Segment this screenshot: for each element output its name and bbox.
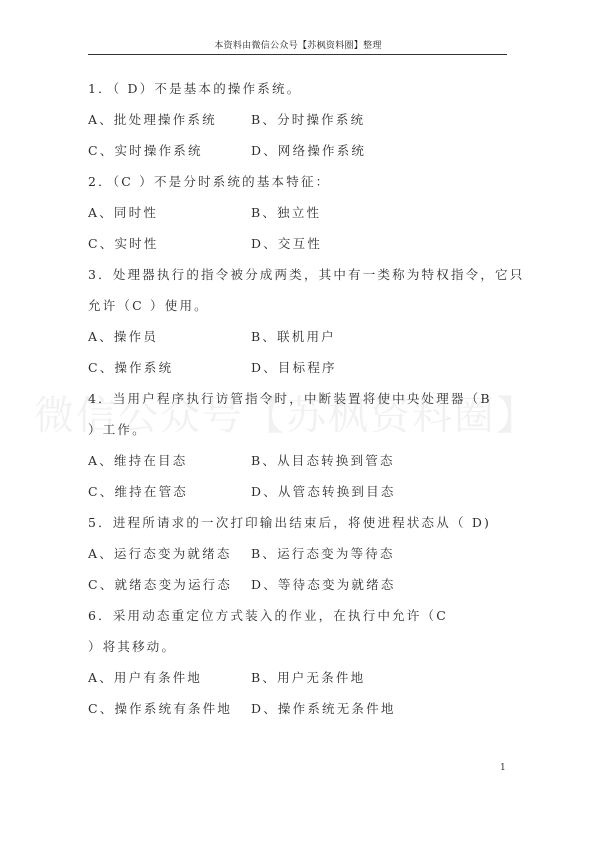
option-d: D、网络操作系统 — [251, 140, 366, 171]
header-divider — [88, 54, 507, 55]
option-d: D、操作系统无条件地 — [251, 698, 396, 729]
option-row: A、用户有条件地 B、用户无条件地 — [88, 667, 518, 698]
question-stem-continued: ）将其移动。 — [88, 636, 518, 667]
question-stem: 6．采用动态重定位方式装入的作业，在执行中允许（C — [88, 605, 518, 636]
option-d: D、从管态转换到目态 — [251, 481, 396, 512]
option-d: D、目标程序 — [251, 357, 337, 388]
option-row: C、就绪态变为运行态 D、等待态变为就绪态 — [88, 574, 518, 605]
option-a: A、操作员 — [88, 326, 251, 357]
question-2: 2．（C ）不是分时系统的基本特征： A、同时性 B、独立性 C、实时性 D、交… — [88, 171, 518, 264]
option-a: A、同时性 — [88, 202, 251, 233]
option-b: B、用户无条件地 — [251, 667, 365, 698]
option-a: A、维持在目态 — [88, 450, 251, 481]
option-b: B、联机用户 — [251, 326, 336, 357]
option-b: B、从目态转换到管态 — [251, 450, 395, 481]
question-list: 1．（ D）不是基本的操作系统。 A、批处理操作系统 B、分时操作系统 C、实时… — [88, 78, 518, 729]
option-row: A、操作员 B、联机用户 — [88, 326, 518, 357]
option-d: D、等待态变为就绪态 — [251, 574, 396, 605]
option-row: C、维持在管态 D、从管态转换到目态 — [88, 481, 518, 512]
option-row: A、同时性 B、独立性 — [88, 202, 518, 233]
option-c: C、操作系统 — [88, 357, 251, 388]
question-stem-continued: 允许（C ）使用。 — [88, 295, 518, 326]
option-b: B、分时操作系统 — [251, 109, 365, 140]
option-c: C、实时性 — [88, 233, 251, 264]
option-b: B、运行态变为等待态 — [251, 543, 395, 574]
question-6: 6．采用动态重定位方式装入的作业，在执行中允许（C ）将其移动。 A、用户有条件… — [88, 605, 518, 729]
option-row: A、维持在目态 B、从目态转换到管态 — [88, 450, 518, 481]
option-row: C、操作系统 D、目标程序 — [88, 357, 518, 388]
option-b: B、独立性 — [251, 202, 321, 233]
option-a: A、运行态变为就绪态 — [88, 543, 251, 574]
question-stem: 3．处理器执行的指令被分成两类，其中有一类称为特权指令，它只 — [88, 264, 518, 295]
option-c: C、实时操作系统 — [88, 140, 251, 171]
option-c: C、操作系统有条件地 — [88, 698, 251, 729]
question-stem: 5．进程所请求的一次打印输出结束后，将使进程状态从（ D) — [88, 512, 518, 543]
option-row: A、批处理操作系统 B、分时操作系统 — [88, 109, 518, 140]
question-1: 1．（ D）不是基本的操作系统。 A、批处理操作系统 B、分时操作系统 C、实时… — [88, 78, 518, 171]
question-4: 4．当用户程序执行访管指令时，中断装置将使中央处理器（B ）工作。 A、维持在目… — [88, 388, 518, 512]
question-stem: 1．（ D）不是基本的操作系统。 — [88, 78, 518, 109]
question-stem: 2．（C ）不是分时系统的基本特征： — [88, 171, 518, 202]
option-a: A、用户有条件地 — [88, 667, 251, 698]
page-number: 1 — [500, 763, 506, 773]
option-c: C、维持在管态 — [88, 481, 251, 512]
question-stem: 4．当用户程序执行访管指令时，中断装置将使中央处理器（B — [88, 388, 518, 419]
page-header: 本资料由微信公众号【苏枫资料圈】整理 — [88, 38, 508, 51]
option-a: A、批处理操作系统 — [88, 109, 251, 140]
option-row: A、运行态变为就绪态 B、运行态变为等待态 — [88, 543, 518, 574]
option-row: C、实时性 D、交互性 — [88, 233, 518, 264]
question-5: 5．进程所请求的一次打印输出结束后，将使进程状态从（ D) A、运行态变为就绪态… — [88, 512, 518, 605]
option-c: C、就绪态变为运行态 — [88, 574, 251, 605]
option-row: C、操作系统有条件地 D、操作系统无条件地 — [88, 698, 518, 729]
question-stem-continued: ）工作。 — [88, 419, 518, 450]
question-3: 3．处理器执行的指令被分成两类，其中有一类称为特权指令，它只 允许（C ）使用。… — [88, 264, 518, 388]
option-d: D、交互性 — [251, 233, 322, 264]
option-row: C、实时操作系统 D、网络操作系统 — [88, 140, 518, 171]
